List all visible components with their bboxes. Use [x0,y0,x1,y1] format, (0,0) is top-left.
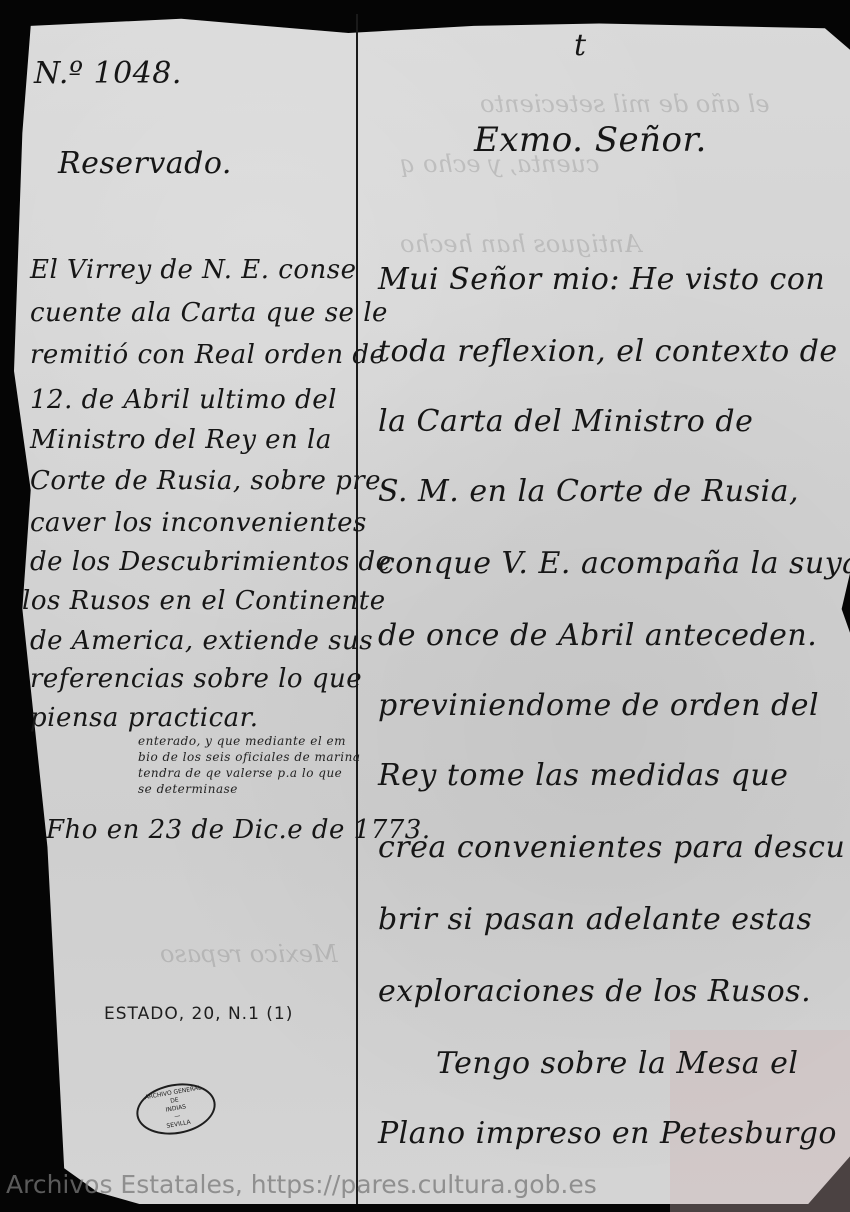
bleed-through-text: Antiguos han hecho [400,230,641,258]
note-line: bio de los seis oficiales de marina [138,750,360,764]
bleed-through-text: el año de mil seteciento [480,90,770,118]
body-line: S. M. en la Corte de Rusia, [378,474,799,509]
salutation: Exmo. Señor. [474,120,707,160]
summary-line: El Virrey de N. E. conse [30,255,357,285]
document-number: N.º 1048. [34,56,182,91]
summary-line: remitió con Real orden de [30,340,385,370]
body-line: Tengo sobre la Mesa el [436,1046,799,1081]
summary-line: de America, extiende sus [30,626,373,656]
archive-watermark: Archivos Estatales, https://pares.cultur… [6,1170,597,1199]
summary-line: los Rusos en el Continente [22,586,386,616]
summary-line: Ministro del Rey en la [30,425,332,455]
body-line: exploraciones de los Rusos. [378,974,811,1009]
summary-line: piensa practicar. [30,703,259,733]
body-line: previniendome de orden del [378,688,819,723]
body-line: la Carta del Ministro de [378,404,753,439]
body-line: brir si pasan adelante estas [378,902,812,937]
body-line: Plano impreso en Petesburgo [378,1116,837,1151]
summary-line: caver los inconvenientes [30,508,367,538]
summary-line: Corte de Rusia, sobre pre [30,466,381,496]
body-line: de once de Abril anteceden. [378,618,817,653]
body-line: Mui Señor mio: He visto con [378,262,825,297]
stamp-line: SEVILLA [166,1119,191,1131]
note-line: tendra de qe valerse p.a lo que [138,766,342,780]
bleed-through-text: Mexico repaso [160,940,338,968]
summary-line: cuente ala Carta que se le [30,298,388,328]
body-line: crea convenientes para descu [378,830,845,865]
body-line: toda reflexion, el contexto de [378,334,838,369]
archive-reference: ESTADO, 20, N.1 (1) [104,1004,293,1024]
summary-line: 12. de Abril ultimo del [30,385,337,415]
folio-mark: t [574,28,587,63]
note-line: enterado, y que mediante el em [138,734,346,748]
summary-line: de los Descubrimientos de [30,547,391,577]
reserved-heading: Reservado. [58,146,232,181]
body-line: Rey tome las medidas que [378,758,788,793]
date-line: Fho en 23 de Dic.e de 1773. [46,815,431,845]
note-line: se determinase [138,782,238,796]
summary-line: referencias sobre lo que [30,664,362,694]
body-line: conque V. E. acompaña la suya [378,546,850,581]
